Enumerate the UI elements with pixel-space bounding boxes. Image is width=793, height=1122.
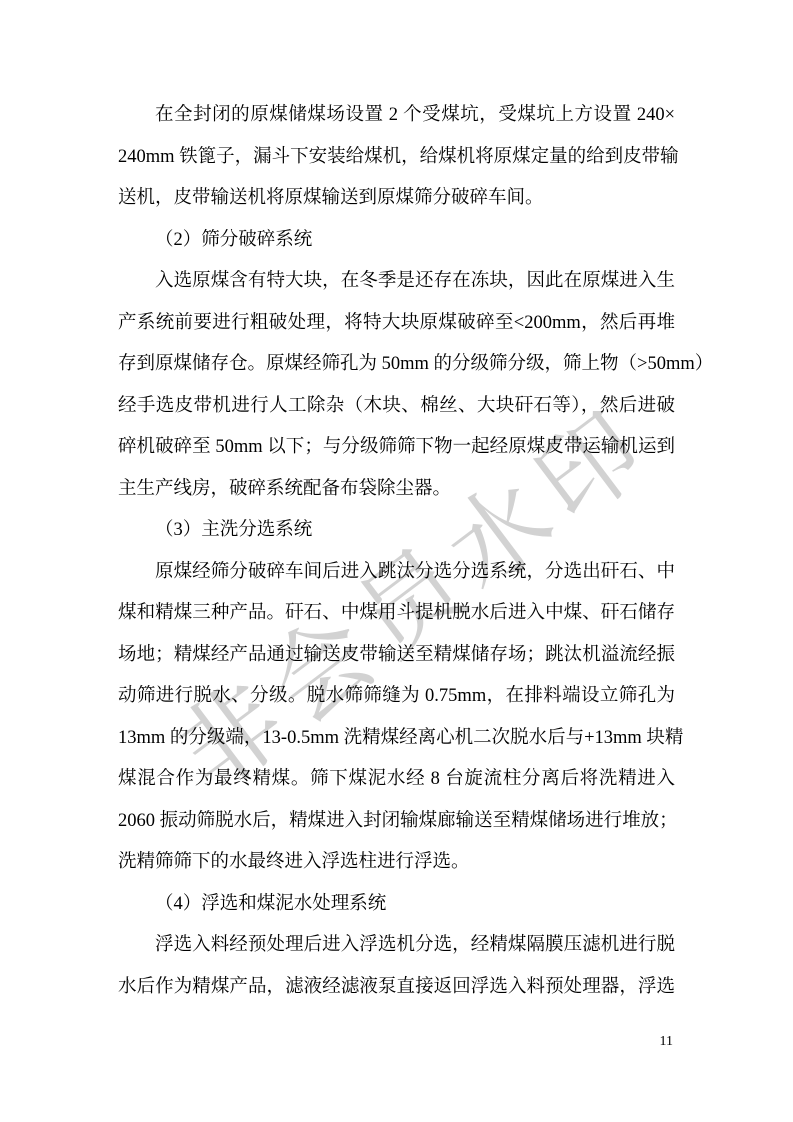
text-line: 240mm 铁篦子，漏斗下安装给煤机，给煤机将原煤定量的给到皮带输 [118,137,675,179]
text-line: （4）浮选和煤泥水处理系统 [118,884,675,926]
text-line: 动筛进行脱水、分级。脱水筛筛缝为 0.75mm，在排料端设立筛孔为 [118,676,675,718]
text-line: 场地；精煤经产品通过输送皮带输送至精煤储存场；跳汰机溢流经振 [118,635,675,677]
text-line: 碎机破碎至 50mm 以下；与分级筛筛下物一起经原煤皮带运输机运到 [118,427,675,469]
text-line: 原煤经筛分破碎车间后进入跳汰分选分选系统，分选出矸石、中 [118,552,675,594]
page-number: 11 [118,1032,673,1052]
text-line: 主生产线房，破碎系统配备布袋除尘器。 [118,469,675,511]
text-line: 在全封闭的原煤储煤场设置 2 个受煤坑，受煤坑上方设置 240× [118,95,675,137]
text-line: 水后作为精煤产品，滤液经滤液泵直接返回浮选入料预处理器，浮选 [118,967,675,1009]
text-line: 2060 振动筛脱水后，精煤进入封闭输煤廊输送至精煤储场进行堆放； [118,801,675,843]
text-line: 入选原煤含有特大块，在冬季是还存在冻块，因此在原煤进入生 [118,261,675,303]
text-line: （2）筛分破碎系统 [118,220,675,262]
text-line: 煤混合作为最终精煤。筛下煤泥水经 8 台旋流柱分离后将洗精进入 [118,759,675,801]
text-line: 经手选皮带机进行人工除杂（木块、棉丝、大块矸石等），然后进破 [118,386,675,428]
document-body: 在全封闭的原煤储煤场设置 2 个受煤坑，受煤坑上方设置 240×240mm 铁篦… [118,95,675,1008]
text-line: 13mm 的分级端，13-0.5mm 洗精煤经离心机二次脱水后与+13mm 块精 [118,718,675,760]
text-line: 洗精筛筛下的水最终进入浮选柱进行浮选。 [118,842,675,884]
text-line: （3）主洗分选系统 [118,510,675,552]
text-line: 存到原煤储存仓。原煤经筛孔为 50mm 的分级筛分级，筛上物（>50mm） [118,344,675,386]
text-line: 送机，皮带输送机将原煤输送到原煤筛分破碎车间。 [118,178,675,220]
text-line: 浮选入料经预处理后进入浮选机分选，经精煤隔膜压滤机进行脱 [118,925,675,967]
text-line: 煤和精煤三种产品。矸石、中煤用斗提机脱水后进入中煤、矸石储存 [118,593,675,635]
text-line: 产系统前要进行粗破处理，将特大块原煤破碎至<200mm，然后再堆 [118,303,675,345]
document-page: 非会员水印 在全封闭的原煤储煤场设置 2 个受煤坑，受煤坑上方设置 240×24… [0,0,793,1122]
